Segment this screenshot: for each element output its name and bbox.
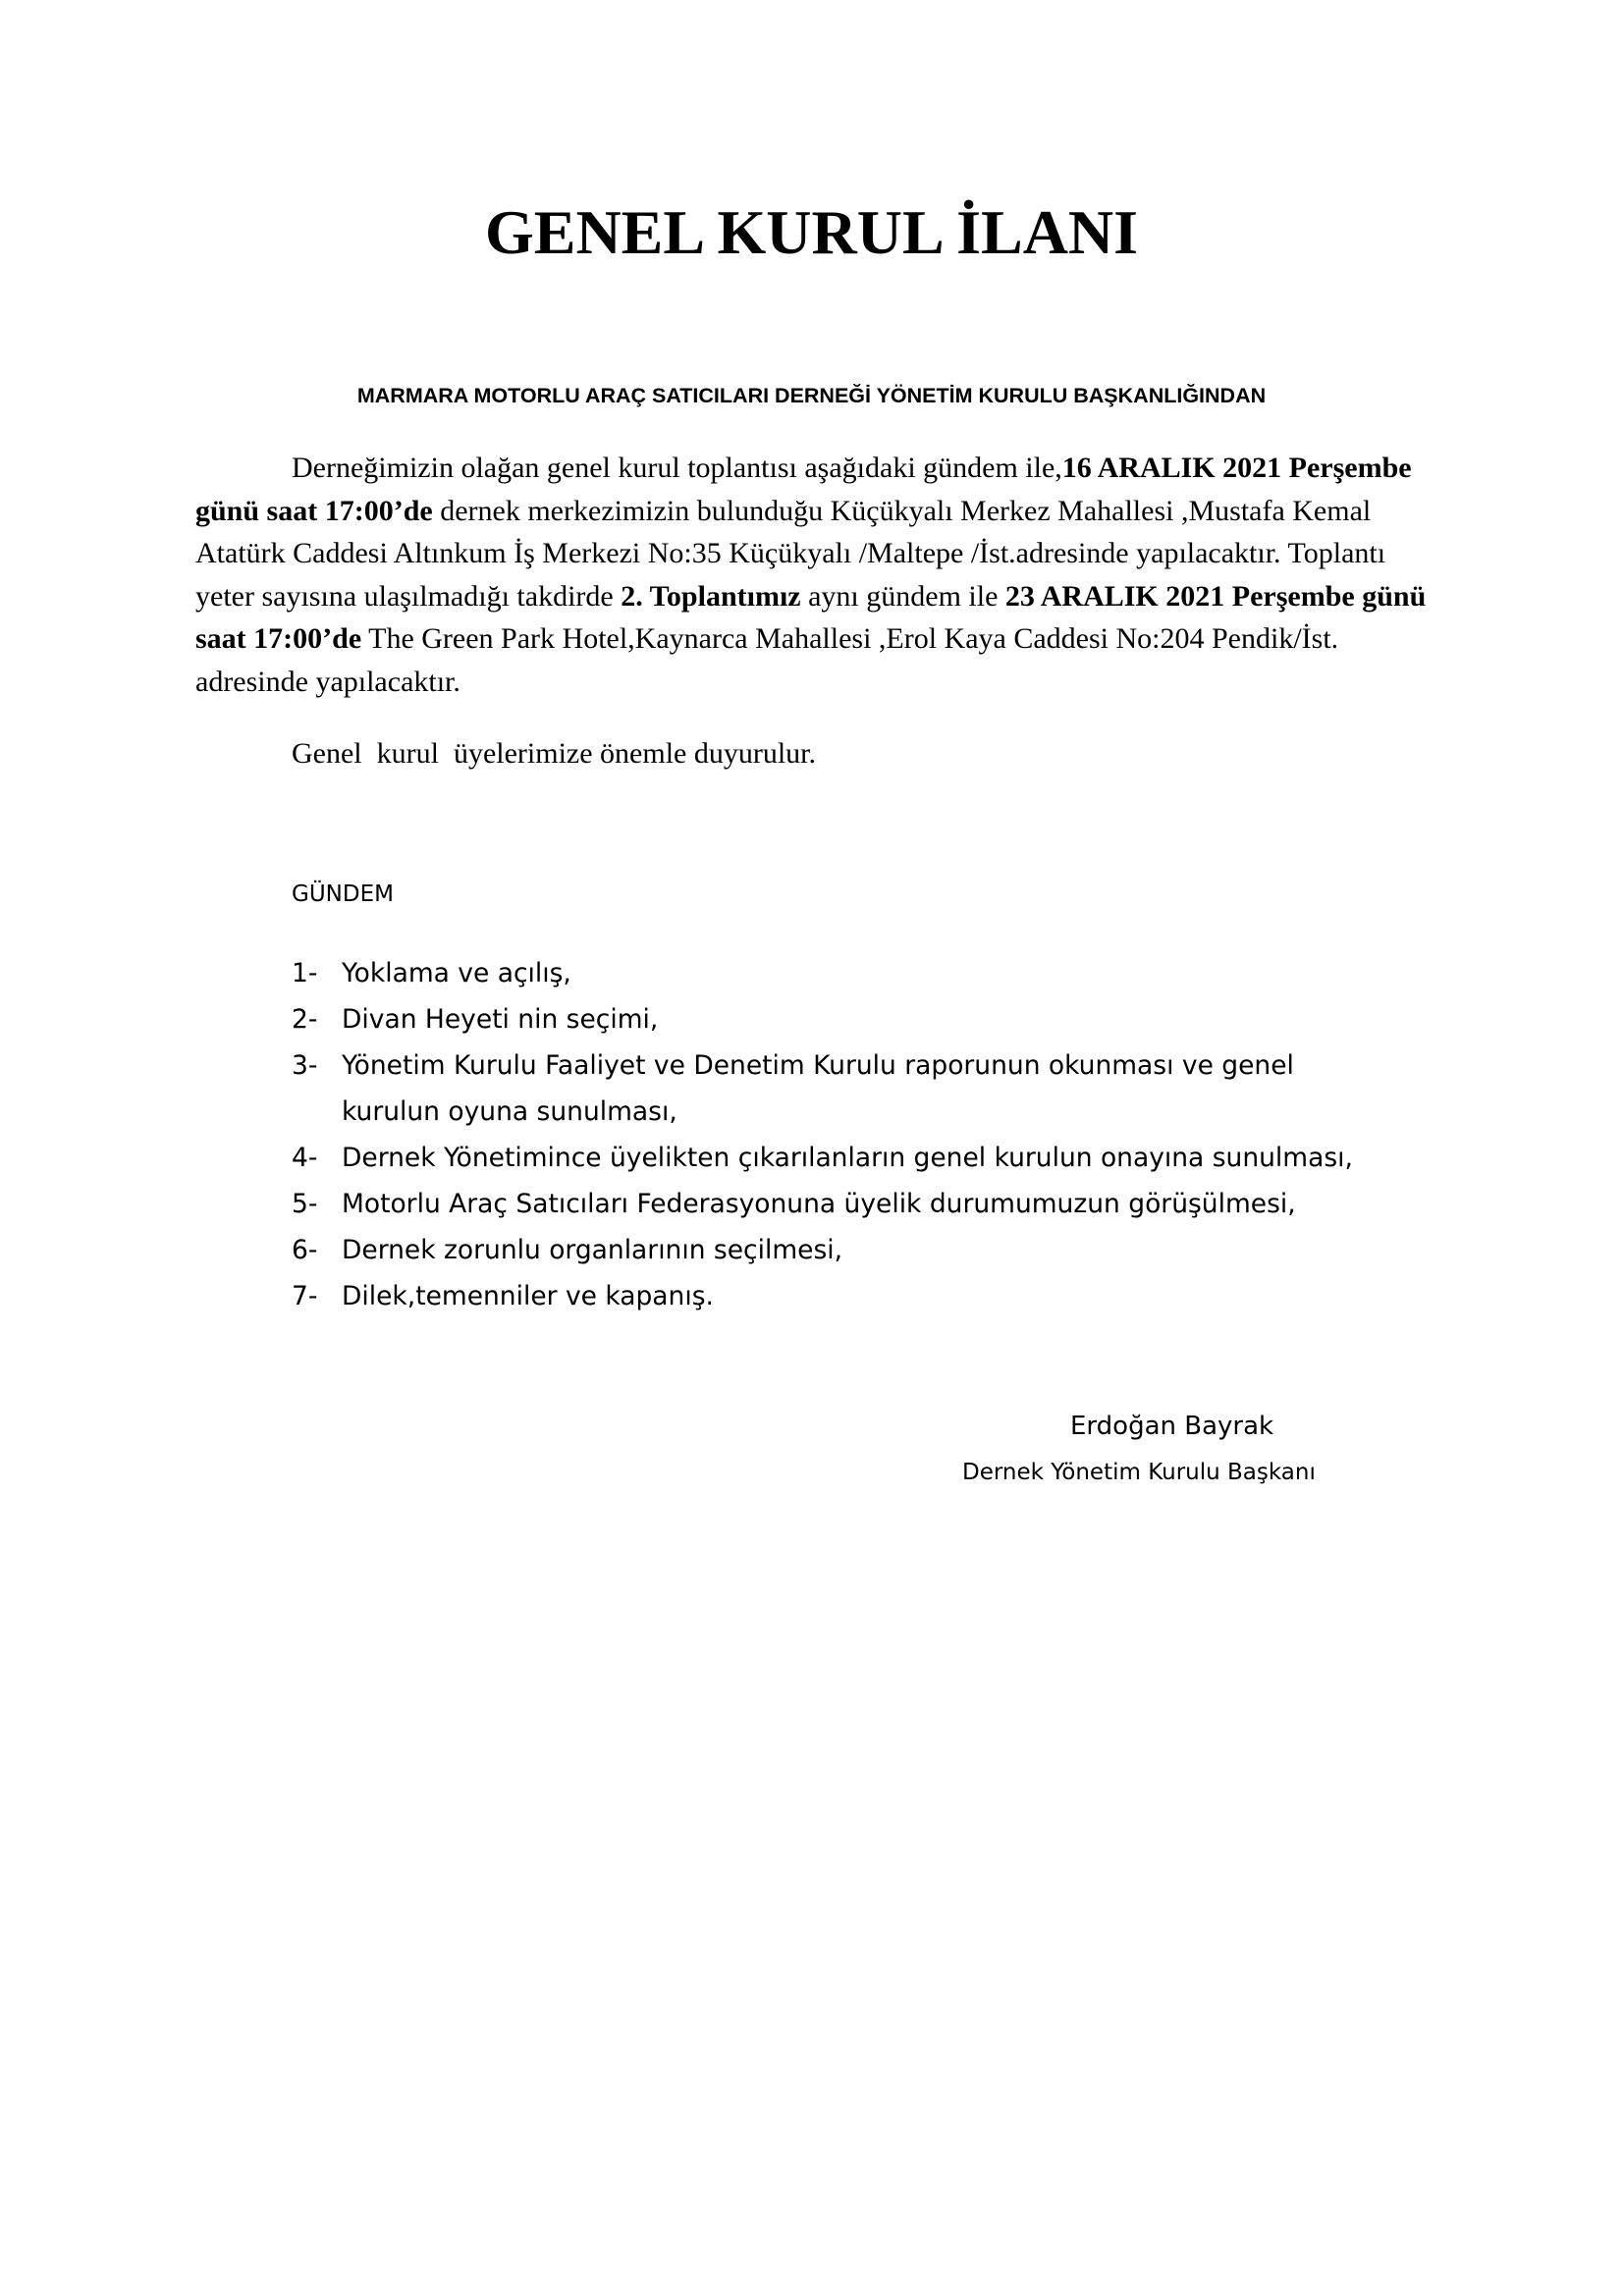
- agenda-item-number: 3-: [292, 1042, 317, 1089]
- document-title: GENEL KURUL İLANI: [0, 196, 1623, 269]
- agenda-list: 1-Yoklama ve açılış, 2-Divan Heyeti nin …: [292, 950, 1470, 1319]
- agenda-item-number: 6-: [292, 1227, 317, 1273]
- agenda-item-text: Dilek,temenniler ve kapanış.: [342, 1281, 714, 1311]
- agenda-item: 7-Dilek,temenniler ve kapanış.: [292, 1273, 1470, 1319]
- agenda-item: 6-Dernek zorunlu organlarının seçilmesi,: [292, 1227, 1470, 1273]
- paragraph-text-1: Derneğimizin olağan genel kurul toplantı…: [292, 452, 1062, 484]
- agenda-item: 4-Dernek Yönetimince üyelikten çıkarılan…: [292, 1135, 1470, 1181]
- paragraph-text-3: aynı gündem ile: [801, 580, 1005, 613]
- agenda-item: 3-Yönetim Kurulu Faaliyet ve Denetim Kur…: [292, 1042, 1324, 1135]
- agenda-item: 5-Motorlu Araç Satıcıları Federasyonuna …: [292, 1181, 1470, 1227]
- agenda-item-text: Dernek zorunlu organlarının seçilmesi,: [342, 1235, 842, 1265]
- agenda-item-number: 4-: [292, 1135, 317, 1181]
- agenda-item: 2-Divan Heyeti nin seçimi,: [292, 996, 1470, 1042]
- agenda-item-text: Yoklama ve açılış,: [342, 958, 571, 988]
- agenda-item-text: Yönetim Kurulu Faaliyet ve Denetim Kurul…: [342, 1050, 1294, 1127]
- issuer-heading: MARMARA MOTORLU ARAÇ SATICILARI DERNEĞİ …: [0, 384, 1623, 408]
- announcement-paragraph: Derneğimizin olağan genel kurul toplantı…: [195, 447, 1442, 703]
- agenda-item-number: 1-: [292, 950, 317, 996]
- agenda-item-text: Dernek Yönetimince üyelikten çıkarılanla…: [342, 1143, 1353, 1173]
- agenda-item-number: 7-: [292, 1273, 317, 1319]
- agenda-title: GÜNDEM: [292, 881, 394, 907]
- signatory-name: Erdoğan Bayrak: [1070, 1412, 1273, 1441]
- agenda-item-number: 2-: [292, 996, 317, 1042]
- agenda-item-number: 5-: [292, 1181, 317, 1227]
- agenda-item-text: Motorlu Araç Satıcıları Federasyonuna üy…: [342, 1189, 1296, 1219]
- agenda-item-text: Divan Heyeti nin seçimi,: [342, 1004, 658, 1035]
- agenda-item: 1-Yoklama ve açılış,: [292, 950, 1470, 996]
- announcement-note: Genel kurul üyelerimize önemle duyurulur…: [292, 737, 816, 771]
- paragraph-text-4: The Green Park Hotel,Kaynarca Mahallesi …: [195, 622, 1338, 698]
- second-meeting-label: 2. Toplantımız: [621, 580, 800, 613]
- signatory-title: Dernek Yönetim Kurulu Başkanı: [962, 1460, 1316, 1485]
